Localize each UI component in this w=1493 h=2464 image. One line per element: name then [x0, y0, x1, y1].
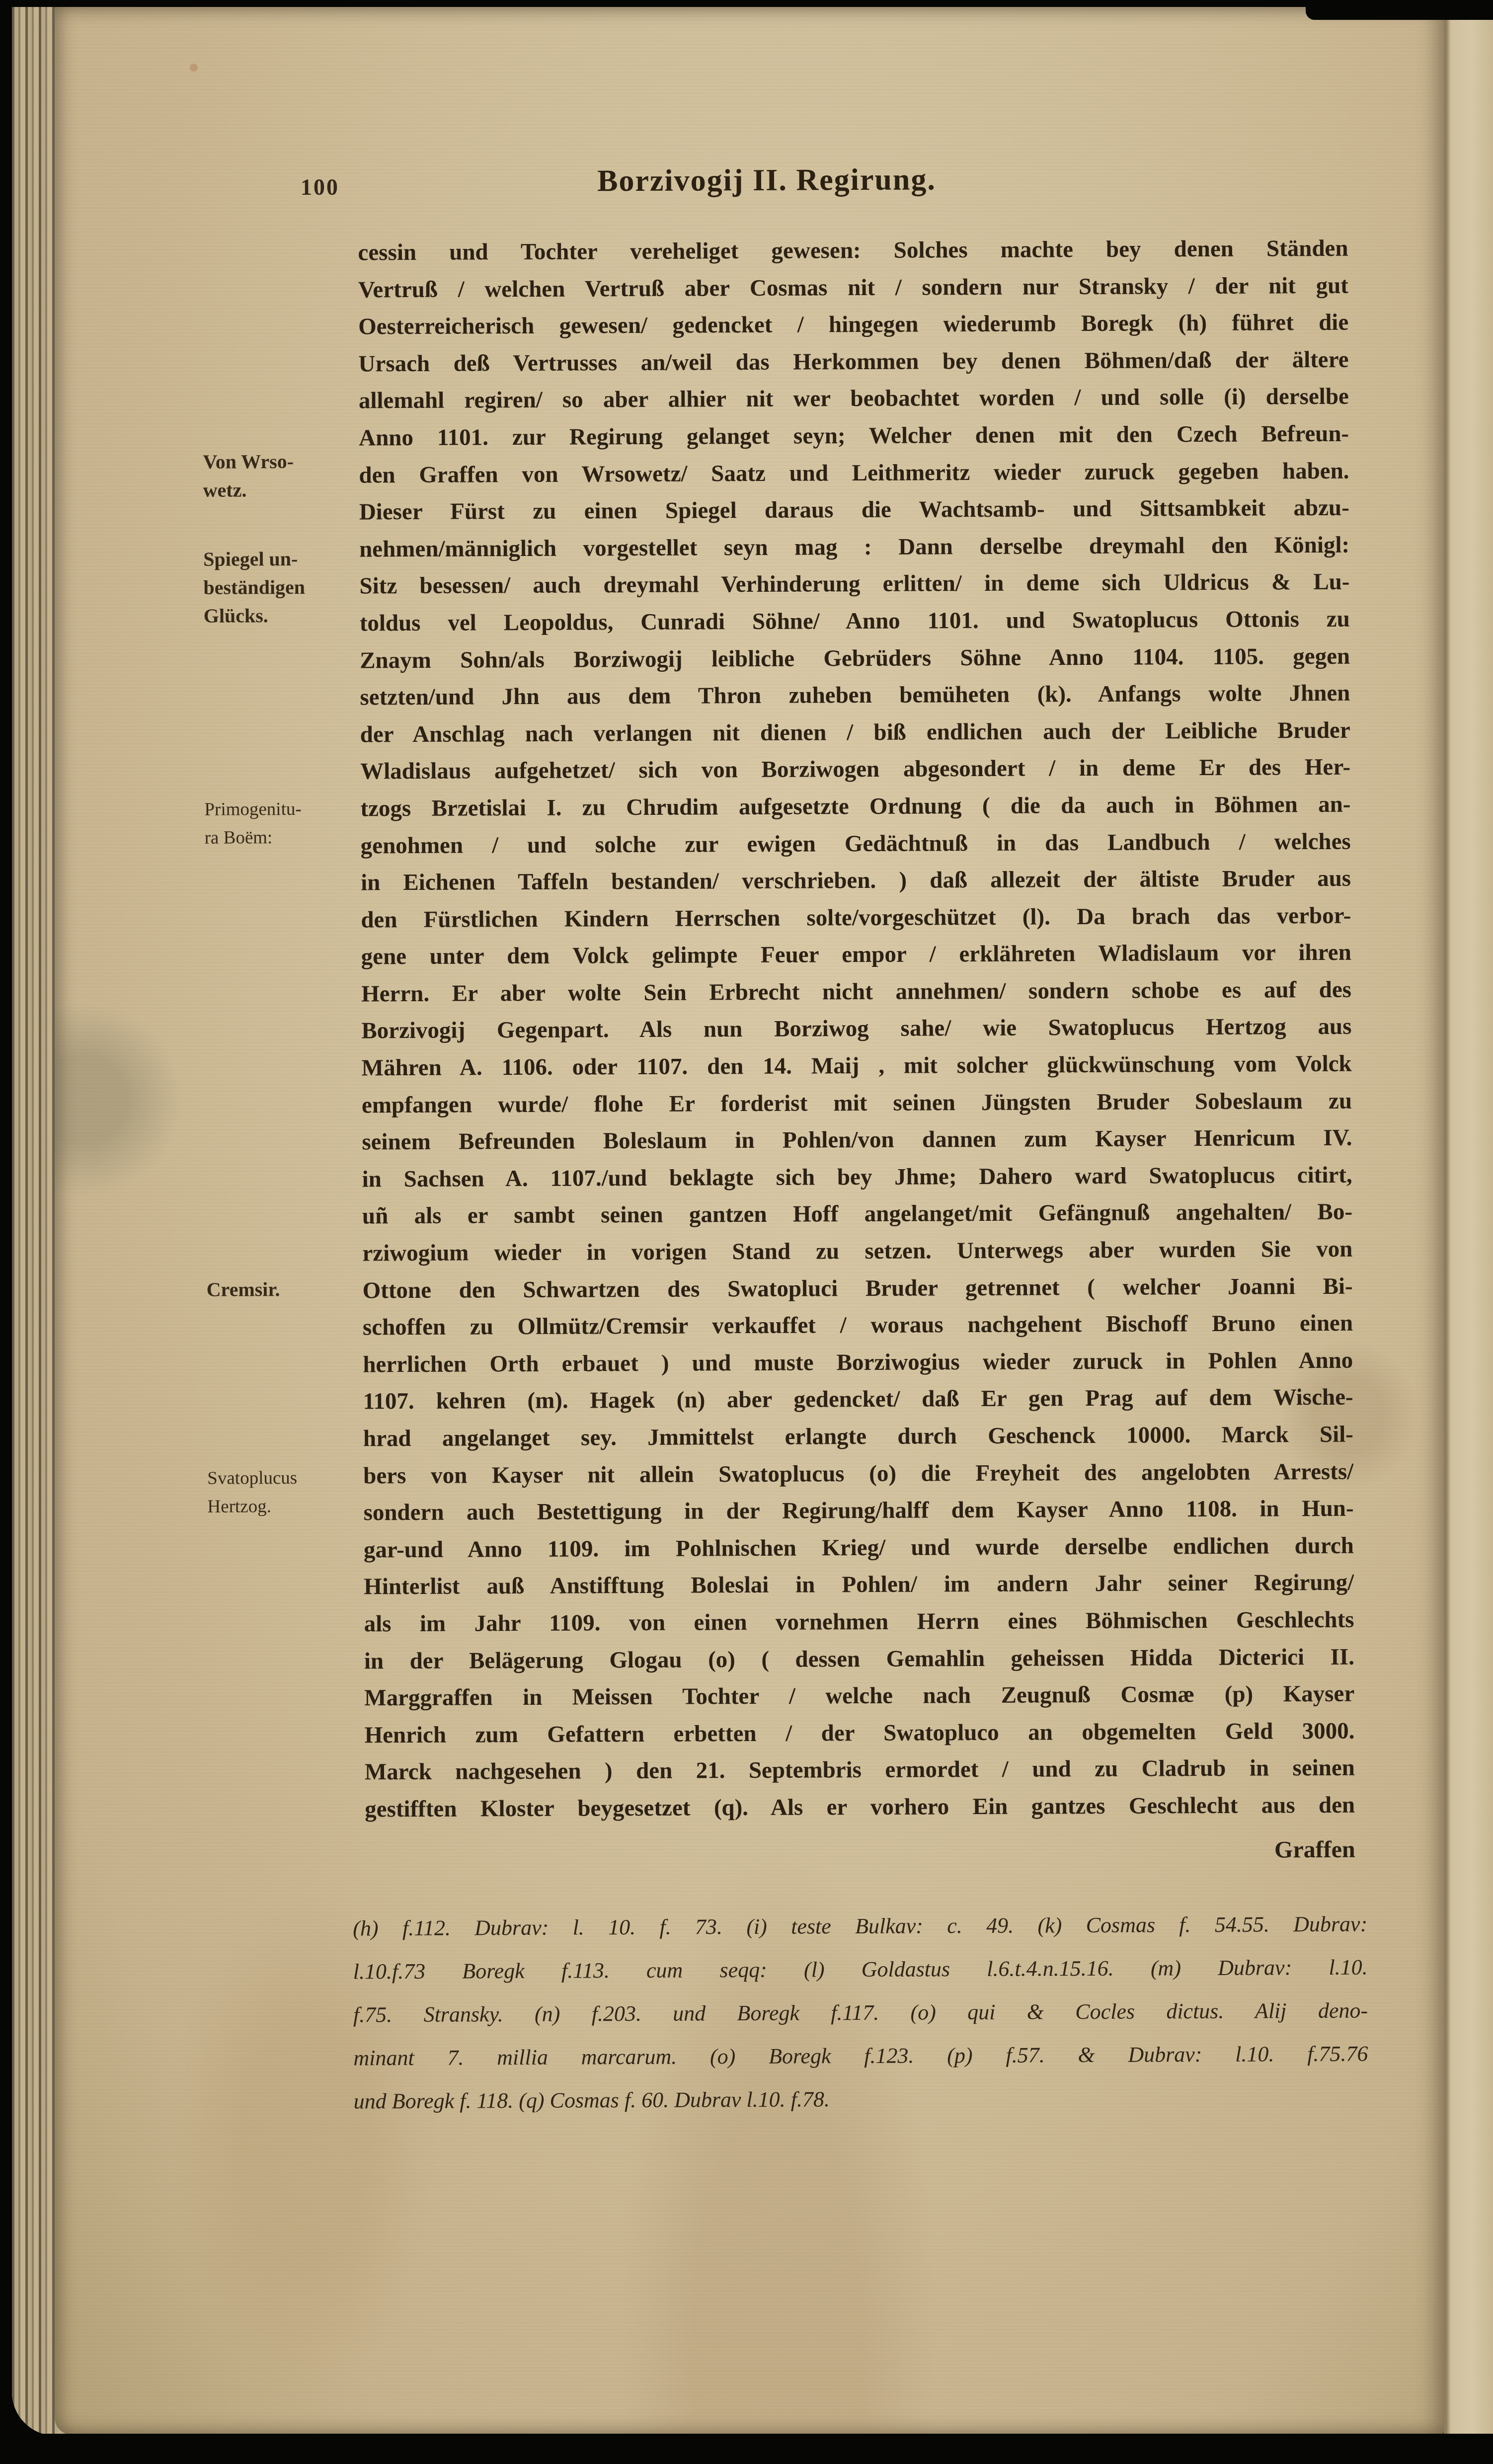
body-text-line: in Eichenen Taffeln bestanden/ verschrie… — [361, 860, 1351, 901]
body-text-line: Wladislaus aufgehetzet/ sich von Borziwo… — [360, 749, 1350, 790]
body-text-line: gene unter dem Volck gelimpte Feuer empo… — [361, 934, 1351, 975]
catchword: Graffen — [365, 1836, 1355, 1868]
body-text-line: Mähren A. 1106. oder 1107. den 14. Maij … — [362, 1045, 1352, 1087]
body-text-line: Ottone den Schwartzen des Swatopluci Bru… — [363, 1268, 1353, 1309]
body-text-line: uñ als er sambt seinen gantzen Hoff ange… — [362, 1193, 1352, 1235]
body-text-line: nehmen/männiglich vorgestellet seyn mag … — [359, 526, 1349, 567]
body-text-line: allemahl regiren/ so aber alhier nit wer… — [359, 378, 1349, 419]
body-text-line: setzten/und Jhn aus dem Thron zuheben be… — [360, 675, 1350, 716]
margin-note: Cremsir. — [207, 1275, 348, 1304]
footnote-line: l.10.f.73 Boregk f.113. cum seqq: (l) Go… — [353, 1946, 1367, 1993]
body-text-line: 1107. kehren (m). Hagek (n) aber gedenck… — [363, 1379, 1353, 1420]
body-text-line: Dieser Fürst zu einen Spiegel daraus die… — [359, 489, 1349, 531]
scanned-book-page: 100 Borzivogij II. Regirung. Von Wrso- w… — [0, 0, 1493, 2464]
footnote-line: (h) f.112. Dubrav: l. 10. f. 73. (i) tes… — [353, 1903, 1367, 1950]
body-text-line: Anno 1101. zur Regirung gelanget seyn; W… — [359, 415, 1349, 457]
margin-note: Primogenitu- ra Boëm: — [204, 795, 346, 852]
body-text-line: hrad angelanget sey. Jmmittelst erlangte… — [363, 1416, 1353, 1457]
body-text-line: Znaym Sohn/als Borziwogij leibliche Gebr… — [360, 637, 1350, 679]
body-text-line: sondern auch Bestettigung in der Regirun… — [363, 1490, 1353, 1531]
body-text-line: rziwogium wieder in vorigen Stand zu set… — [362, 1231, 1352, 1272]
body-text-line: Oesterreicherisch gewesen/ gedencket / h… — [358, 304, 1348, 345]
footnote-line: f.75. Stransky. (n) f.203. und Boregk f.… — [353, 1989, 1368, 2037]
margin-note: Svatoplucus Hertzog. — [207, 1464, 349, 1521]
body-text-line: Ursach deß Vertrusses an/weil das Herkom… — [358, 341, 1348, 382]
body-text-line: den Graffen von Wrsowetz/ Saatz und Leit… — [359, 452, 1349, 493]
body-text-line: toldus vel Leopoldus, Cunradi Söhne/ Ann… — [360, 601, 1350, 642]
body-text-line: gar-und Anno 1109. im Pohlnischen Krieg/… — [364, 1527, 1354, 1568]
body-text-line: Sitz besessen/ auch dreymahl Verhinderun… — [359, 563, 1349, 605]
body-text-line: in Sachsen A. 1107./und beklagte sich be… — [362, 1157, 1352, 1198]
page-content: 100 Borzivogij II. Regirung. Von Wrso- w… — [0, 0, 1493, 2464]
body-text-line: Vertruß / welchen Vertruß aber Cosmas ni… — [358, 267, 1348, 308]
body-text-line: Marggraffen in Meissen Tochter / welche … — [364, 1675, 1354, 1717]
body-text: cessin und Tochter vereheliget gewesen: … — [358, 230, 1355, 1828]
footnote-line: und Boregk f. 118. (q) Cosmas f. 60. Dub… — [354, 2075, 1368, 2123]
body-text-line: bers von Kayser nit allein Swatoplucus (… — [363, 1453, 1353, 1494]
body-text-line: herrlichen Orth erbauet ) und muste Borz… — [363, 1342, 1353, 1383]
body-text-line: Herrn. Er aber wolte Sein Erbrecht nicht… — [361, 971, 1351, 1013]
body-text-line: den Fürstlichen Kindern Herrschen solte/… — [361, 897, 1351, 938]
body-text-line: seinem Befreunden Boleslaum in Pohlen/vo… — [362, 1119, 1352, 1161]
body-text-line: cessin und Tochter vereheliget gewesen: … — [358, 230, 1348, 271]
body-text-line: gestifften Kloster beygesetzet (q). Als … — [365, 1787, 1355, 1828]
body-text-line: Henrich zum Gefattern erbetten / der Swa… — [364, 1712, 1354, 1753]
body-text-line: tzogs Brzetislai I. zu Chrudim aufgesetz… — [360, 786, 1350, 827]
body-text-line: Borzivogij Gegenpart. Als nun Borziwog s… — [361, 1008, 1351, 1049]
body-text-line: der Anschlag nach verlangen nit dienen /… — [360, 712, 1350, 753]
body-text-line: als im Jahr 1109. von einen vornehmen He… — [364, 1601, 1354, 1643]
footnote-line: minant 7. millia marcarum. (o) Boregk f.… — [353, 2032, 1368, 2080]
body-text-line: genohmen / und solche zur ewigen Gedächt… — [361, 823, 1351, 864]
body-text-line: Marck nachgesehen ) den 21. Septembris e… — [365, 1749, 1355, 1791]
margin-note: Von Wrso- wetz. — [203, 447, 344, 504]
body-text-line: empfangen wurde/ flohe Er forderist mit … — [362, 1082, 1352, 1123]
footnotes: (h) f.112. Dubrav: l. 10. f. 73. (i) tes… — [353, 1903, 1368, 2123]
margin-note: Spiegel un- beständigen Glücks. — [203, 545, 345, 630]
body-text-line: schoffen zu Ollmütz/Cremsir verkauffet /… — [363, 1305, 1353, 1346]
body-text-line: in der Belägerung Glogau (o) ( dessen Ge… — [364, 1638, 1354, 1679]
body-text-line: Hinterlist auß Anstifftung Boleslai in P… — [364, 1564, 1354, 1605]
